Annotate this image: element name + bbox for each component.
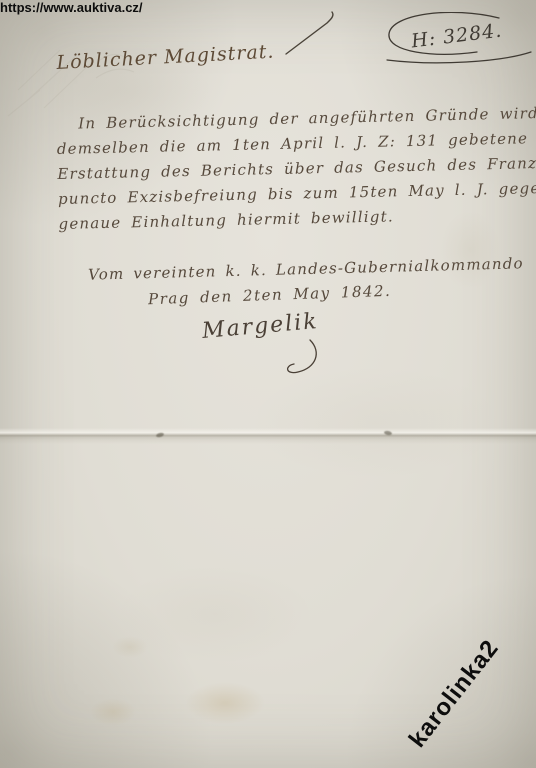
signature-flourish (250, 338, 340, 378)
seller-watermark-group: karolinka2 (398, 622, 536, 768)
seller-name-watermark: karolinka2 (404, 635, 505, 754)
dateline: Prag den 2ten May 1842. (148, 282, 392, 308)
reference-number-group: H: 3284. (381, 12, 536, 64)
paper-fold-crease (0, 428, 536, 444)
paper-stain (112, 636, 148, 658)
pen-slash-mark (280, 8, 344, 58)
paper-stain (90, 698, 136, 726)
letter-body: In Berücksichtigung der angeführten Grün… (56, 101, 525, 237)
closing-office-line: Vom vereinten k. k. Landes-Gubernialkomm… (88, 254, 524, 283)
paper-stain (185, 682, 265, 724)
source-url-watermark: https://www.auktiva.cz/ (0, 0, 143, 15)
scanned-letter-page: https://www.auktiva.cz/ H: 3284. Löblich… (0, 0, 536, 768)
